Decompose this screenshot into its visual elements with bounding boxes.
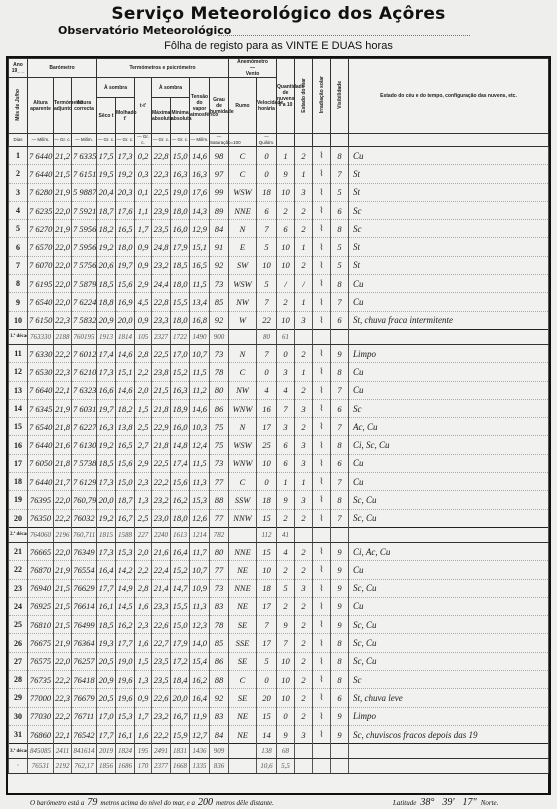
- month-header: Mês de Julho: [9, 78, 28, 134]
- cell-term: 21,5: [54, 597, 72, 615]
- cell-alt: 76665: [28, 542, 54, 560]
- cell-seco: 19,3: [97, 634, 116, 652]
- cell-irradiation: ⌇: [313, 689, 331, 707]
- barometer-group-header: Barómetro: [28, 59, 97, 78]
- cell-vel: 112: [257, 527, 277, 542]
- weather-register-table: Ano19_ _ Barómetro Termómetros e psicróm…: [8, 58, 549, 774]
- cell-mar: [295, 759, 313, 774]
- cell-rumo: NE: [229, 725, 257, 743]
- day-number: 23: [9, 579, 28, 597]
- cell-alt: 7 6195: [28, 275, 54, 293]
- cell-alt: 76860: [28, 725, 54, 743]
- cell-max: 22,5: [152, 344, 171, 362]
- cell-visibility: 5: [331, 238, 349, 256]
- cell-diff: 1,3: [135, 491, 152, 509]
- daily-rows: 17 644021,27 633517,517,30,222,815,014,6…: [9, 147, 549, 774]
- cell-hum: 73: [210, 344, 229, 362]
- cell-max: 21,6: [152, 542, 171, 560]
- cell-corr: 76542: [72, 725, 97, 743]
- cell-vel: 15: [257, 707, 277, 725]
- cell-alt: 7 6440: [28, 147, 54, 165]
- barometer-note: O barómetro está a79metros acima do níve…: [30, 797, 274, 808]
- cell-diff: 2,2: [135, 363, 152, 381]
- cell-term: 22,2: [54, 509, 72, 527]
- cell-sky-state: Sc, Cu: [349, 579, 549, 597]
- cell-seco: 16,6: [97, 381, 116, 399]
- cell-seco: 19,2: [97, 238, 116, 256]
- cell-alt: 77000: [28, 689, 54, 707]
- cell-max: 24,4: [152, 275, 171, 293]
- cell-vel: 0: [257, 147, 277, 165]
- cell-tens: 10,3: [190, 418, 210, 436]
- cell-hum: 84: [210, 220, 229, 238]
- day-row: 227687021,97655416,414,22,222,415,210,77…: [9, 561, 549, 579]
- cell-molh: 20,0: [116, 311, 135, 329]
- cell-term: 22,0: [54, 201, 72, 219]
- cell-seco: 20,9: [97, 311, 116, 329]
- cell-mar: [295, 329, 313, 344]
- cell-rumo: E: [229, 238, 257, 256]
- cell-rumo: C: [229, 671, 257, 689]
- cell-corr: 7 6031: [72, 399, 97, 417]
- unit-cell: — Gr. c.: [152, 134, 171, 147]
- cell-term: 21,9: [54, 634, 72, 652]
- day-row: 247692521,57661416,114,51,623,315,511,38…: [9, 597, 549, 615]
- cell-term: 2196: [54, 527, 72, 542]
- cell-tens: 14,6: [190, 147, 210, 165]
- cell-alt: 7 6440: [28, 436, 54, 454]
- unit-cell: — Gr. c.: [116, 134, 135, 147]
- cell-hum: 86: [210, 652, 229, 670]
- cell-rumo: WSW: [229, 275, 257, 293]
- unit-cell: — Milím.: [72, 134, 97, 147]
- cell-hum: 77: [210, 473, 229, 491]
- cell-alt: 7 6345: [28, 399, 54, 417]
- cell-nuv: /: [277, 275, 295, 293]
- cell-visibility: 8: [331, 652, 349, 670]
- cell-diff: 0,9: [135, 311, 152, 329]
- cell-diff: 0,3: [135, 165, 152, 183]
- wet-bulb-header: Molhado t': [116, 98, 135, 134]
- cell-hum: 92: [210, 256, 229, 274]
- cell-irradiation: ⌇: [313, 542, 331, 560]
- cell-tens: 16,8: [190, 311, 210, 329]
- cell-term: 21,9: [54, 399, 72, 417]
- cell-irradiation: [313, 527, 331, 542]
- cell-nuv: 2: [277, 561, 295, 579]
- cell-min: 15,2: [171, 561, 190, 579]
- cell-mar: 3: [295, 311, 313, 329]
- cell-diff: 1,7: [135, 220, 152, 238]
- day-row: 27 644021,57 615119,519,20,322,316,316,3…: [9, 165, 549, 183]
- cell-irradiation: ⌇: [313, 454, 331, 472]
- observatory-blank-line: [218, 35, 470, 36]
- cell-term: 22,2: [54, 707, 72, 725]
- shade-header-2: À sombra: [152, 78, 190, 98]
- cell-mar: 3: [295, 725, 313, 743]
- decade-label: 3.ª década: [9, 744, 28, 759]
- cell-vel: 17: [257, 634, 277, 652]
- cell-corr: 760,79: [72, 491, 97, 509]
- cell-visibility: 8: [331, 634, 349, 652]
- cell-corr: 7 5956: [72, 220, 97, 238]
- cell-hum: 73: [210, 275, 229, 293]
- cell-irradiation: ⌇: [313, 436, 331, 454]
- cell-molh: 15,0: [116, 473, 135, 491]
- cell-diff: 1,3: [135, 671, 152, 689]
- cell-vel: 10: [257, 454, 277, 472]
- cell-irradiation: ⌇: [313, 473, 331, 491]
- cell-mar: 3: [295, 183, 313, 201]
- cell-molh: 1686: [116, 759, 135, 774]
- cell-mar: 2: [295, 147, 313, 165]
- cell-seco: 19,7: [97, 399, 116, 417]
- day-number: 15: [9, 418, 28, 436]
- cell-nuv: 4: [277, 542, 295, 560]
- decade-summary-row: 3.ª década845085241184161420191824195249…: [9, 744, 549, 759]
- day-number: 20: [9, 509, 28, 527]
- unit-cell: — Milím.: [190, 134, 210, 147]
- cell-corr: 762,17: [72, 759, 97, 774]
- cell-term: 22,1: [54, 725, 72, 743]
- cell-sky-state: St, chuva fraca intermitente: [349, 311, 549, 329]
- cell-term: 21,7: [54, 473, 72, 491]
- cell-tens: 11,5: [190, 275, 210, 293]
- cell-irradiation: ⌇: [313, 725, 331, 743]
- cell-mar: 2: [295, 381, 313, 399]
- cell-term: 22,0: [54, 275, 72, 293]
- cell-irradiation: [313, 759, 331, 774]
- cell-irradiation: ⌇: [313, 491, 331, 509]
- day-row: 117 633022,27 601217,414,62,822,517,010,…: [9, 344, 549, 362]
- cell-rumo: C: [229, 165, 257, 183]
- cell-irradiation: ⌇: [313, 616, 331, 634]
- cell-corr: 7 6130: [72, 436, 97, 454]
- day-number: 2: [9, 165, 28, 183]
- cell-tens: 11,5: [190, 363, 210, 381]
- cell-tens: 1490: [190, 329, 210, 344]
- day-row: 277657522,07625720,519,01,523,517,215,48…: [9, 652, 549, 670]
- cell-molh: 18,7: [116, 491, 135, 509]
- cell-alt: 7 6540: [28, 293, 54, 311]
- page-title: Serviço Meteorológico dos Açôres: [0, 4, 557, 24]
- cell-hum: 909: [210, 744, 229, 759]
- cell-max: 23,3: [152, 597, 171, 615]
- cell-seco: 19,2: [97, 436, 116, 454]
- cell-irradiation: ⌇: [313, 311, 331, 329]
- cell-corr: 76032: [72, 509, 97, 527]
- cell-corr: 7 6129: [72, 473, 97, 491]
- day-row: 287673522,27641820,919,61,323,518,416,28…: [9, 671, 549, 689]
- cell-diff: 1,6: [135, 597, 152, 615]
- cell-corr: 7 5756: [72, 256, 97, 274]
- cell-alt: 7 6270: [28, 220, 54, 238]
- cell-alt: 7 6440: [28, 473, 54, 491]
- cell-alt: 763330: [28, 329, 54, 344]
- cell-corr: 76418: [72, 671, 97, 689]
- cell-term: 21,2: [54, 147, 72, 165]
- cell-term: 21,6: [54, 436, 72, 454]
- day-number: 6: [9, 238, 28, 256]
- wind-direction-header: Rumo: [229, 78, 257, 134]
- cell-rumo: [229, 527, 257, 542]
- cell-diff: 0,9: [135, 256, 152, 274]
- cell-max: 22,4: [152, 561, 171, 579]
- day-number: 26: [9, 634, 28, 652]
- day-number: 11: [9, 344, 28, 362]
- cell-nuv: 7: [277, 399, 295, 417]
- cell-visibility: 5: [331, 183, 349, 201]
- cell-corr: 76614: [72, 597, 97, 615]
- cell-sky-state: Sc: [349, 201, 549, 219]
- cell-vel: 14: [257, 725, 277, 743]
- decade-summary-row: 1.ª década763330218876019519131814105232…: [9, 329, 549, 344]
- cell-corr: 7 5956: [72, 238, 97, 256]
- cell-irradiation: ⌇: [313, 561, 331, 579]
- cell-irradiation: ⌇: [313, 165, 331, 183]
- cell-rumo: C: [229, 147, 257, 165]
- cell-molh: 19,6: [116, 689, 135, 707]
- cell-diff: 2,0: [135, 542, 152, 560]
- cell-seco: 19,5: [97, 165, 116, 183]
- cell-seco: 20,9: [97, 671, 116, 689]
- cell-tens: 12,4: [190, 436, 210, 454]
- cell-diff: 2,2: [135, 561, 152, 579]
- cell-rumo: WNW: [229, 454, 257, 472]
- cell-term: 22,0: [54, 652, 72, 670]
- cell-seco: 20,5: [97, 689, 116, 707]
- cell-irradiation: ⌇: [313, 634, 331, 652]
- cell-max: 22,6: [152, 689, 171, 707]
- cell-max: 21,8: [152, 436, 171, 454]
- unit-cell: — Quilóm.: [257, 134, 277, 147]
- visibility-header: Visibilidade: [331, 59, 349, 134]
- cell-molh: 16,5: [116, 436, 135, 454]
- cell-min: 16,3: [171, 381, 190, 399]
- thermometers-group-header: Termómetros e psicrómetro: [97, 59, 229, 78]
- shade-header-1: À sombra: [97, 78, 135, 98]
- min-temp-header: Mínima absoluta: [171, 98, 190, 134]
- cell-min: 14,7: [171, 579, 190, 597]
- cell-nuv: 0: [277, 707, 295, 725]
- cell-irradiation: ⌇: [313, 399, 331, 417]
- day-number: 31: [9, 725, 28, 743]
- cell-min: 15,9: [171, 725, 190, 743]
- cell-seco: 18,5: [97, 275, 116, 293]
- cell-seco: 20,5: [97, 652, 116, 670]
- cell-alt: 76675: [28, 634, 54, 652]
- cell-seco: 2019: [97, 744, 116, 759]
- day-number: 8: [9, 275, 28, 293]
- cell-max: 22,3: [152, 165, 171, 183]
- day-row: 147 634521,97 603119,718,21,521,818,914,…: [9, 399, 549, 417]
- decade-summary-row: 2.ª década7640602196760,7111815158822722…: [9, 527, 549, 542]
- cell-visibility: [331, 527, 349, 542]
- cell-nuv: 9: [277, 616, 295, 634]
- cell-hum: 92: [210, 311, 229, 329]
- cell-irradiation: ⌇: [313, 256, 331, 274]
- cell-mar: 2: [295, 634, 313, 652]
- cell-min: 16,4: [171, 542, 190, 560]
- day-row: 47 623522,07 592118,717,61,123,918,014,3…: [9, 201, 549, 219]
- cell-tens: 10,7: [190, 344, 210, 362]
- sea-state-header: Estado do mar: [295, 59, 313, 134]
- day-row: 67 657022,07 595619,218,00,924,817,915,1…: [9, 238, 549, 256]
- cell-corr: 76679: [72, 689, 97, 707]
- cell-max: 22,7: [152, 634, 171, 652]
- cell-max: 22,8: [152, 147, 171, 165]
- cell-mar: 2: [295, 652, 313, 670]
- cell-visibility: 9: [331, 561, 349, 579]
- day-row: 237694021,57662917,714,92,821,414,710,97…: [9, 579, 549, 597]
- unit-cell: [349, 134, 549, 147]
- cell-visibility: 9: [331, 725, 349, 743]
- cell-sky-state: Cu: [349, 293, 549, 311]
- cell-irradiation: ⌇: [313, 275, 331, 293]
- cell-min: 17,9: [171, 238, 190, 256]
- cell-corr: 7 6210: [72, 363, 97, 381]
- cell-tens: 16,4: [190, 689, 210, 707]
- cell-visibility: 8: [331, 275, 349, 293]
- cell-corr: 7 5921: [72, 201, 97, 219]
- cell-molh: 17,6: [116, 201, 135, 219]
- day-number: 1: [9, 147, 28, 165]
- cell-corr: 76711: [72, 707, 97, 725]
- cell-rumo: SE: [229, 652, 257, 670]
- cell-alt: 7 6640: [28, 381, 54, 399]
- cell-hum: 88: [210, 491, 229, 509]
- cell-molh: 19,2: [116, 165, 135, 183]
- cell-hum: 73: [210, 579, 229, 597]
- cell-molh: 17,7: [116, 634, 135, 652]
- cell-corr: 76499: [72, 616, 97, 634]
- barometer-distance: 200: [198, 797, 213, 808]
- cell-term: 21,5: [54, 165, 72, 183]
- cell-max: 2491: [152, 744, 171, 759]
- cell-diff: 2,8: [135, 344, 152, 362]
- day-number: 9: [9, 293, 28, 311]
- cell-min: 14,8: [171, 436, 190, 454]
- cell-visibility: 8: [331, 671, 349, 689]
- cell-irradiation: ⌇: [313, 418, 331, 436]
- cell-mar: /: [295, 275, 313, 293]
- cell-rumo: WSW: [229, 436, 257, 454]
- unit-cell: [313, 134, 331, 147]
- cell-tens: 12,3: [190, 616, 210, 634]
- cell-vel: 7: [257, 344, 277, 362]
- cell-vel: 15: [257, 542, 277, 560]
- cell-rumo: WSW: [229, 183, 257, 201]
- cell-rumo: SE: [229, 616, 257, 634]
- cell-rumo: SW: [229, 256, 257, 274]
- cell-visibility: 9: [331, 616, 349, 634]
- day-row: 77 607022,07 575620,619,70,923,218,516,5…: [9, 256, 549, 274]
- cell-tens: 16,3: [190, 165, 210, 183]
- cell-irradiation: ⌇: [313, 671, 331, 689]
- cell-max: 22,2: [152, 725, 171, 743]
- cell-min: 1722: [171, 329, 190, 344]
- cell-sky-state: [349, 329, 549, 344]
- cell-corr: 760,711: [72, 527, 97, 542]
- cell-visibility: [331, 759, 349, 774]
- day-number: 29: [9, 689, 28, 707]
- cell-tens: 11,3: [190, 473, 210, 491]
- cell-vel: 5: [257, 652, 277, 670]
- cell-molh: 14,5: [116, 597, 135, 615]
- cell-molh: 14,2: [116, 561, 135, 579]
- cell-seco: 17,4: [97, 344, 116, 362]
- cell-vel: 4: [257, 381, 277, 399]
- cell-seco: 16,3: [97, 418, 116, 436]
- cell-term: 22,1: [54, 381, 72, 399]
- cell-diff: 2,0: [135, 381, 152, 399]
- cell-mar: 2: [295, 671, 313, 689]
- cell-vel: 7: [257, 293, 277, 311]
- cell-visibility: 9: [331, 344, 349, 362]
- cell-mar: 2: [295, 707, 313, 725]
- cell-molh: 18,0: [116, 238, 135, 256]
- cell-seco: 20,0: [97, 491, 116, 509]
- cell-alt: 845085: [28, 744, 54, 759]
- day-number: 24: [9, 597, 28, 615]
- cell-nuv: 9: [277, 491, 295, 509]
- cell-sky-state: [349, 744, 549, 759]
- cell-nuv: 10: [277, 256, 295, 274]
- cell-term: 22,0: [54, 542, 72, 560]
- cell-visibility: 8: [331, 147, 349, 165]
- cell-seco: 17,7: [97, 579, 116, 597]
- cell-seco: 17,0: [97, 707, 116, 725]
- cell-rumo: NW: [229, 381, 257, 399]
- cell-nuv: 9: [277, 725, 295, 743]
- cell-molh: 13,8: [116, 418, 135, 436]
- cell-sky-state: Ci, Sc, Cu: [349, 436, 549, 454]
- cell-seco: 1815: [97, 527, 116, 542]
- cell-alt: 7 6070: [28, 256, 54, 274]
- cell-hum: 97: [210, 165, 229, 183]
- max-temp-header: Máxima absoluta: [152, 98, 171, 134]
- corrected-height-header: Altura correcta: [72, 78, 97, 134]
- cell-mar: 1: [295, 473, 313, 491]
- dry-wet-diff-header: t-t': [135, 78, 152, 134]
- cell-sky-state: [349, 527, 549, 542]
- cell-term: 21,8: [54, 454, 72, 472]
- cell-mar: 1: [295, 363, 313, 381]
- day-row: 107 615022,37 583220,920,00,923,318,016,…: [9, 311, 549, 329]
- cell-alt: 7 6280: [28, 183, 54, 201]
- cell-sky-state: Cu: [349, 275, 549, 293]
- cell-max: 23,8: [152, 363, 171, 381]
- cell-min: 18,0: [171, 509, 190, 527]
- cell-seco: 1913: [97, 329, 116, 344]
- unit-cell: [331, 134, 349, 147]
- day-row: 97 654022,07 622418,816,94,522,815,513,4…: [9, 293, 549, 311]
- cell-seco: 16,1: [97, 597, 116, 615]
- cell-hum: 77: [210, 509, 229, 527]
- cell-mar: 3: [295, 579, 313, 597]
- cell-alt: 76870: [28, 561, 54, 579]
- cell-visibility: 6: [331, 201, 349, 219]
- cell-alt: 76810: [28, 616, 54, 634]
- cell-nuv: 4: [277, 381, 295, 399]
- cell-corr: 841614: [72, 744, 97, 759]
- cell-alt: 7 6540: [28, 418, 54, 436]
- cell-mar: [295, 527, 313, 542]
- cell-mar: 2: [295, 256, 313, 274]
- cell-vel: 16: [257, 399, 277, 417]
- cell-max: 23,2: [152, 256, 171, 274]
- cell-min: 15,5: [171, 293, 190, 311]
